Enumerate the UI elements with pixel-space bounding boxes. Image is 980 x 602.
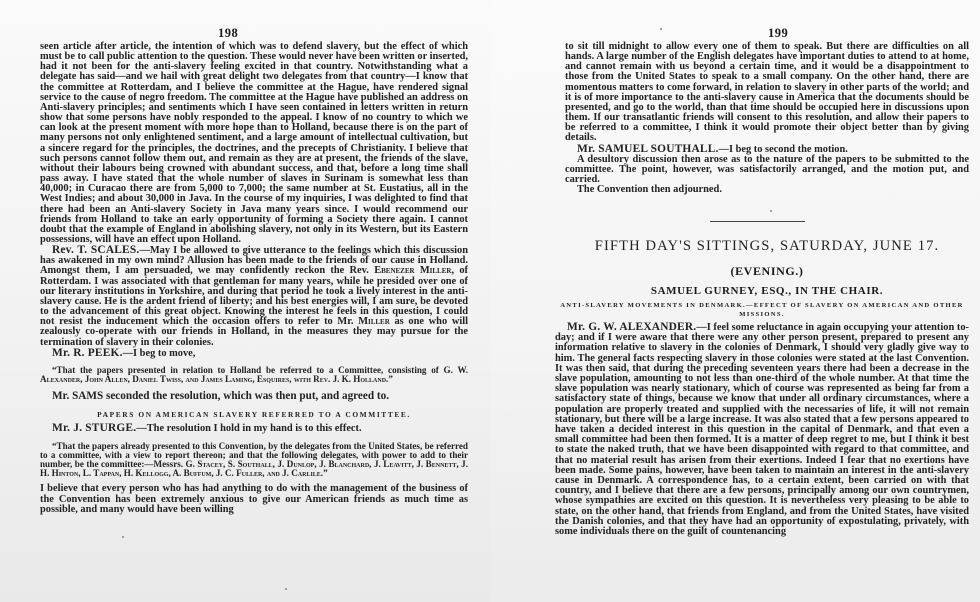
page-number: 199 [768, 26, 788, 41]
scan-speck [660, 28, 662, 30]
quote-mark: ” [323, 468, 328, 478]
scan-speck [285, 588, 287, 590]
section-subheading: PAPERS ON AMERICAN SLAVERY REFERRED TO A… [40, 410, 468, 420]
closing-paragraph: I believe that every person who has had … [40, 484, 468, 514]
speech-text: —I beg to second the motion. [719, 144, 848, 155]
scan-speck [770, 210, 772, 212]
speaker-name: Mr. R. PEEK. [52, 347, 123, 359]
right-page: 199 to sit till midnight to allow every … [490, 0, 980, 602]
section-divider [710, 221, 805, 222]
speaker-name: Mr. J. STURGE. [52, 422, 136, 434]
sams-seconded: Mr. SAMS seconded the resolution, which … [40, 390, 468, 402]
speaker-name: Mr. G. W. ALEXANDER. [567, 321, 696, 333]
section-subheading: ANTI-SLAVERY MOVEMENTS IN DENMARK.—EFFEC… [555, 301, 969, 319]
adjourned-line: The Convention then adjourned. [565, 185, 969, 195]
session-label: (EVENING.) [565, 264, 969, 279]
paragraph: to sit till midnight to allow every one … [565, 42, 969, 144]
quote-mark: ” [388, 374, 393, 384]
sturge-speech: Mr. J. STURGE.—The resolution I hold in … [40, 423, 468, 434]
book-spread: 198 seen article after article, the inte… [0, 0, 980, 602]
right-page-body-bottom: Mr. G. W. ALEXANDER.—I feel some relucta… [555, 322, 969, 537]
alexander-speech: Mr. G. W. ALEXANDER.—I feel some relucta… [555, 322, 969, 537]
speech-text: —The resolution I hold in my hand is to … [136, 423, 361, 434]
left-page-body: seen article after article, the intentio… [40, 42, 468, 515]
resolution-holland: “That the papers presented in relation t… [40, 366, 468, 384]
resolution-american: “That the papers already presented to th… [40, 442, 468, 479]
right-page-body-top: to sit till midnight to allow every one … [565, 42, 969, 195]
peek-speech: Mr. R. PEEK.—I beg to move, [40, 348, 468, 359]
left-page: 198 seen article after article, the inte… [0, 0, 490, 602]
speech-text: —I feel some reluctance in again occupyi… [555, 322, 969, 537]
paragraph: seen article after article, the intentio… [40, 42, 468, 245]
sitting-heading: FIFTH DAY'S SITTINGS, SATURDAY, JUNE 17. [565, 238, 969, 255]
page-number: 198 [218, 26, 238, 41]
speaker-name: Mr. SAMUEL SOUTHALL. [577, 143, 719, 155]
chair-line: SAMUEL GURNEY, ESQ., IN THE CHAIR. [565, 285, 969, 297]
scales-speech: Rev. T. SCALES.—May I be allowed to give… [40, 245, 468, 348]
scan-speck [122, 536, 124, 538]
desultory-paragraph: A desultory discussion then arose as to … [565, 155, 969, 185]
speech-text: —I beg to move, [123, 348, 196, 359]
